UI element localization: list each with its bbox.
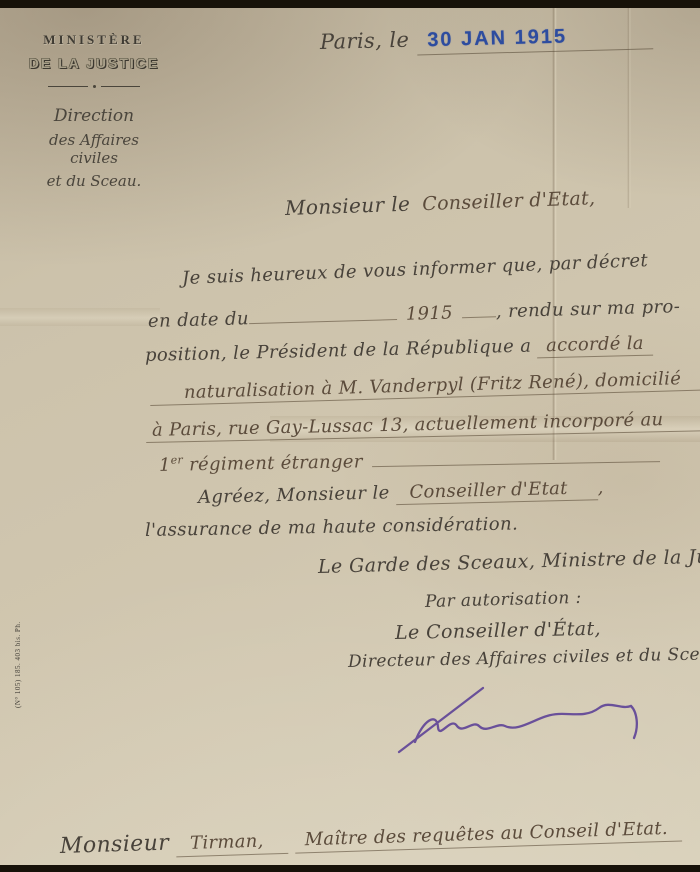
ordinal-superscript: er — [171, 453, 184, 466]
body-line-2-handwritten: 1915 — [397, 302, 463, 326]
printer-mark: (N° 105) 185. 403 bis. Ph. — [14, 621, 22, 708]
recipient-printed: Monsieur — [60, 831, 170, 859]
letter-page: MINISTÈRE DE LA JUSTICE Direction des Af… — [0, 8, 700, 865]
date-stamp: 30 JAN 1915 — [427, 26, 567, 52]
body-line-6-handwritten: 1er régiment étranger — [150, 450, 372, 477]
closing-printed: Agréez, Monsieur le — [198, 482, 390, 508]
recipient-name-handwritten: Tirman, — [176, 830, 288, 857]
body-line-3: position, le Président de la République … — [145, 333, 653, 368]
date-stamp-rule: 30 JAN 1915 — [417, 21, 654, 55]
paper-crease-horizontal — [0, 308, 160, 326]
body-line-3-printed: position, le Président de la République … — [145, 336, 532, 366]
ministry-name-line2: DE LA JUSTICE — [26, 55, 162, 71]
department-name-line3: et du Sceau. — [26, 172, 162, 190]
divider-line — [48, 86, 88, 87]
department-name-line2: des Affaires civiles — [26, 131, 162, 167]
salutation-handwritten: Conseiller d'Etat, — [422, 187, 596, 215]
body-line-4: naturalisation à M. Vanderpyl (Fritz Ren… — [150, 367, 700, 406]
body-line-1: Je suis heureux de vous informer que, pa… — [182, 250, 649, 289]
recipient-title-handwritten: Maître des requêtes au Conseil d'Etat. — [294, 817, 682, 853]
body-line-3-handwritten: accordé la — [537, 333, 653, 359]
body-line-2-printed: en date du — [148, 308, 250, 332]
handwritten-signature — [385, 680, 645, 762]
body-line-2-tail: , rendu sur ma pro- — [496, 296, 681, 322]
salutation-line: Monsieur leConseiller d'Etat, — [285, 185, 596, 220]
body-line-5: à Paris, rue Gay-Lussac 13, actuellement… — [146, 408, 700, 443]
blank-rule — [461, 298, 496, 318]
dateline-place: Paris, le — [320, 28, 410, 54]
department-name-line1: Direction — [26, 106, 162, 126]
closing-handwritten: Conseiller d'Etat — [395, 477, 598, 505]
divider-line — [101, 86, 141, 87]
closing-line-2: l'assurance de ma haute considération. — [145, 513, 518, 541]
letterhead-divider — [48, 85, 140, 88]
recipient-line: Monsieur Tirman, Maître des requêtes au … — [60, 814, 683, 861]
body-line-4-handwritten: naturalisation à M. Vanderpyl (Fritz Ren… — [150, 367, 700, 406]
dateline: Paris, le30 JAN 1915 — [320, 21, 654, 58]
ministry-name-line1: MINISTÈRE — [26, 32, 162, 48]
body-line-5-handwritten: à Paris, rue Gay-Lussac 13, actuellement… — [146, 408, 700, 443]
signatory-title-line1: Le Garde des Sceaux, Ministre de la Just… — [318, 544, 700, 578]
body-line-6: 1er régiment étranger — [150, 443, 660, 477]
divider-dot-icon — [93, 85, 96, 88]
signatory-title-line4: Directeur des Affaires civiles et du Sce… — [348, 644, 700, 672]
closing-comma: , — [597, 477, 604, 498]
salutation-printed: Monsieur le — [285, 192, 411, 220]
letterhead: MINISTÈRE DE LA JUSTICE Direction des Af… — [26, 32, 162, 190]
blank-rule — [371, 443, 659, 467]
signatory-title-line3: Le Conseiller d'État, — [395, 618, 601, 644]
photo-background: MINISTÈRE DE LA JUSTICE Direction des Af… — [0, 0, 700, 872]
blank-rule — [249, 301, 397, 324]
closing-line-1: Agréez, Monsieur le Conseiller d'Etat, — [198, 477, 604, 510]
signatory-title-line2: Par autorisation : — [425, 588, 582, 612]
body-line-2: en date du1915, rendu sur ma pro- — [148, 293, 681, 333]
